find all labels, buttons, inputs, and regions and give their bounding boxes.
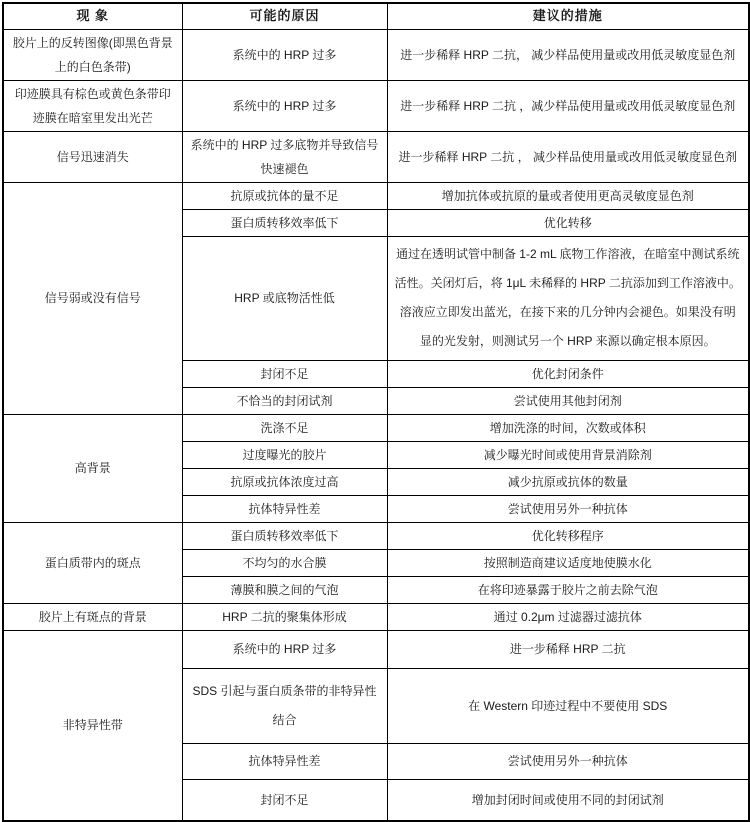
header-row: 现 象 可能的原因 建议的措施 (3, 3, 749, 29)
cause-cell: 蛋白质转移效率低下 (182, 522, 387, 549)
action-cell: 尝试使用另外一种抗体 (387, 495, 749, 522)
table-row: 非特异性带 系统中的 HRP 过多 进一步稀释 HRP 二抗 (3, 630, 749, 668)
phenomenon-cell: 胶片上有斑点的背景 (3, 603, 182, 630)
phenomenon-cell: 蛋白质带内的斑点 (3, 522, 182, 603)
cause-cell: 抗原或抗体浓度过高 (182, 468, 387, 495)
cause-cell: 蛋白质转移效率低下 (182, 209, 387, 236)
action-cell: 进一步稀释 HRP 二抗 ，减少样品使用量或改用低灵敏度显色剂 (387, 80, 749, 131)
cause-cell: 系统中的 HRP 过多 (182, 80, 387, 131)
table-row: 信号迅速消失 系统中的 HRP 过多底物并导致信号快速褪色 进一步稀释 HRP … (3, 131, 749, 182)
action-cell: 增加封闭时间或使用不同的封闭试剂 (387, 779, 749, 821)
phenomenon-cell: 印迹膜具有棕色或黄色条带印迹膜在暗室里发出光芒 (3, 80, 182, 131)
cause-cell: HRP 二抗的聚集体形成 (182, 603, 387, 630)
action-cell: 通过 0.2μm 过滤器过滤抗体 (387, 603, 749, 630)
cause-cell: 抗体特异性差 (182, 495, 387, 522)
phenomenon-cell: 非特异性带 (3, 630, 182, 821)
cause-cell: 系统中的 HRP 过多 (182, 630, 387, 668)
cause-cell: 系统中的 HRP 过多 (182, 29, 387, 80)
phenomenon-cell: 信号弱或没有信号 (3, 182, 182, 414)
action-cell: 尝试使用另外一种抗体 (387, 743, 749, 779)
header-action: 建议的措施 (387, 3, 749, 29)
cause-cell: HRP 或底物活性低 (182, 236, 387, 360)
action-cell: 减少曝光时间或使用背景消除剂 (387, 441, 749, 468)
action-cell: 增加抗体或抗原的量或者使用更高灵敏度显色剂 (387, 182, 749, 209)
action-cell: 进一步稀释 HRP 二抗 ， 减少样品使用量或改用低灵敏度显色剂 (387, 131, 749, 182)
header-phenomenon: 现 象 (3, 3, 182, 29)
troubleshooting-table: 现 象 可能的原因 建议的措施 胶片上的反转图像(即黑色背景上的白色条带) 系统… (2, 2, 750, 822)
document-page: 现 象 可能的原因 建议的措施 胶片上的反转图像(即黑色背景上的白色条带) 系统… (0, 0, 750, 812)
cause-cell: 过度曝光的胶片 (182, 441, 387, 468)
action-cell: 减少抗原或抗体的数量 (387, 468, 749, 495)
header-cause: 可能的原因 (182, 3, 387, 29)
action-cell: 增加洗涤的时间，次数或体积 (387, 414, 749, 441)
table-row: 高背景 洗涤不足 增加洗涤的时间，次数或体积 (3, 414, 749, 441)
phenomenon-cell: 高背景 (3, 414, 182, 522)
action-cell: 尝试使用其他封闭剂 (387, 387, 749, 414)
cause-cell: SDS 引起与蛋白质条带的非特异性结合 (182, 668, 387, 743)
cause-cell: 薄膜和膜之间的气泡 (182, 576, 387, 603)
table-row: 信号弱或没有信号 抗原或抗体的量不足 增加抗体或抗原的量或者使用更高灵敏度显色剂 (3, 182, 749, 209)
action-cell: 优化封闭条件 (387, 360, 749, 387)
cause-cell: 封闭不足 (182, 360, 387, 387)
action-cell: 在将印迹暴露于胶片之前去除气泡 (387, 576, 749, 603)
action-cell: 按照制造商建议适度地使膜水化 (387, 549, 749, 576)
phenomenon-cell: 胶片上的反转图像(即黑色背景上的白色条带) (3, 29, 182, 80)
action-cell: 通过在透明试管中制备 1-2 mL 底物工作溶液，在暗室中测试系统活性。关闭灯后… (387, 236, 749, 360)
table-row: 蛋白质带内的斑点 蛋白质转移效率低下 优化转移程序 (3, 522, 749, 549)
action-cell: 在 Western 印迹过程中不要使用 SDS (387, 668, 749, 743)
action-cell: 优化转移程序 (387, 522, 749, 549)
cause-cell: 抗原或抗体的量不足 (182, 182, 387, 209)
cause-cell: 不均匀的水合膜 (182, 549, 387, 576)
cause-cell: 抗体特异性差 (182, 743, 387, 779)
phenomenon-cell: 信号迅速消失 (3, 131, 182, 182)
table-row: 胶片上有斑点的背景 HRP 二抗的聚集体形成 通过 0.2μm 过滤器过滤抗体 (3, 603, 749, 630)
cause-cell: 不恰当的封闭试剂 (182, 387, 387, 414)
table-row: 胶片上的反转图像(即黑色背景上的白色条带) 系统中的 HRP 过多 进一步稀释 … (3, 29, 749, 80)
action-cell: 优化转移 (387, 209, 749, 236)
table-row: 印迹膜具有棕色或黄色条带印迹膜在暗室里发出光芒 系统中的 HRP 过多 进一步稀… (3, 80, 749, 131)
action-cell: 进一步稀释 HRP 二抗， 减少样品使用量或改用低灵敏度显色剂 (387, 29, 749, 80)
action-cell: 进一步稀释 HRP 二抗 (387, 630, 749, 668)
cause-cell: 洗涤不足 (182, 414, 387, 441)
cause-cell: 封闭不足 (182, 779, 387, 821)
cause-cell: 系统中的 HRP 过多底物并导致信号快速褪色 (182, 131, 387, 182)
